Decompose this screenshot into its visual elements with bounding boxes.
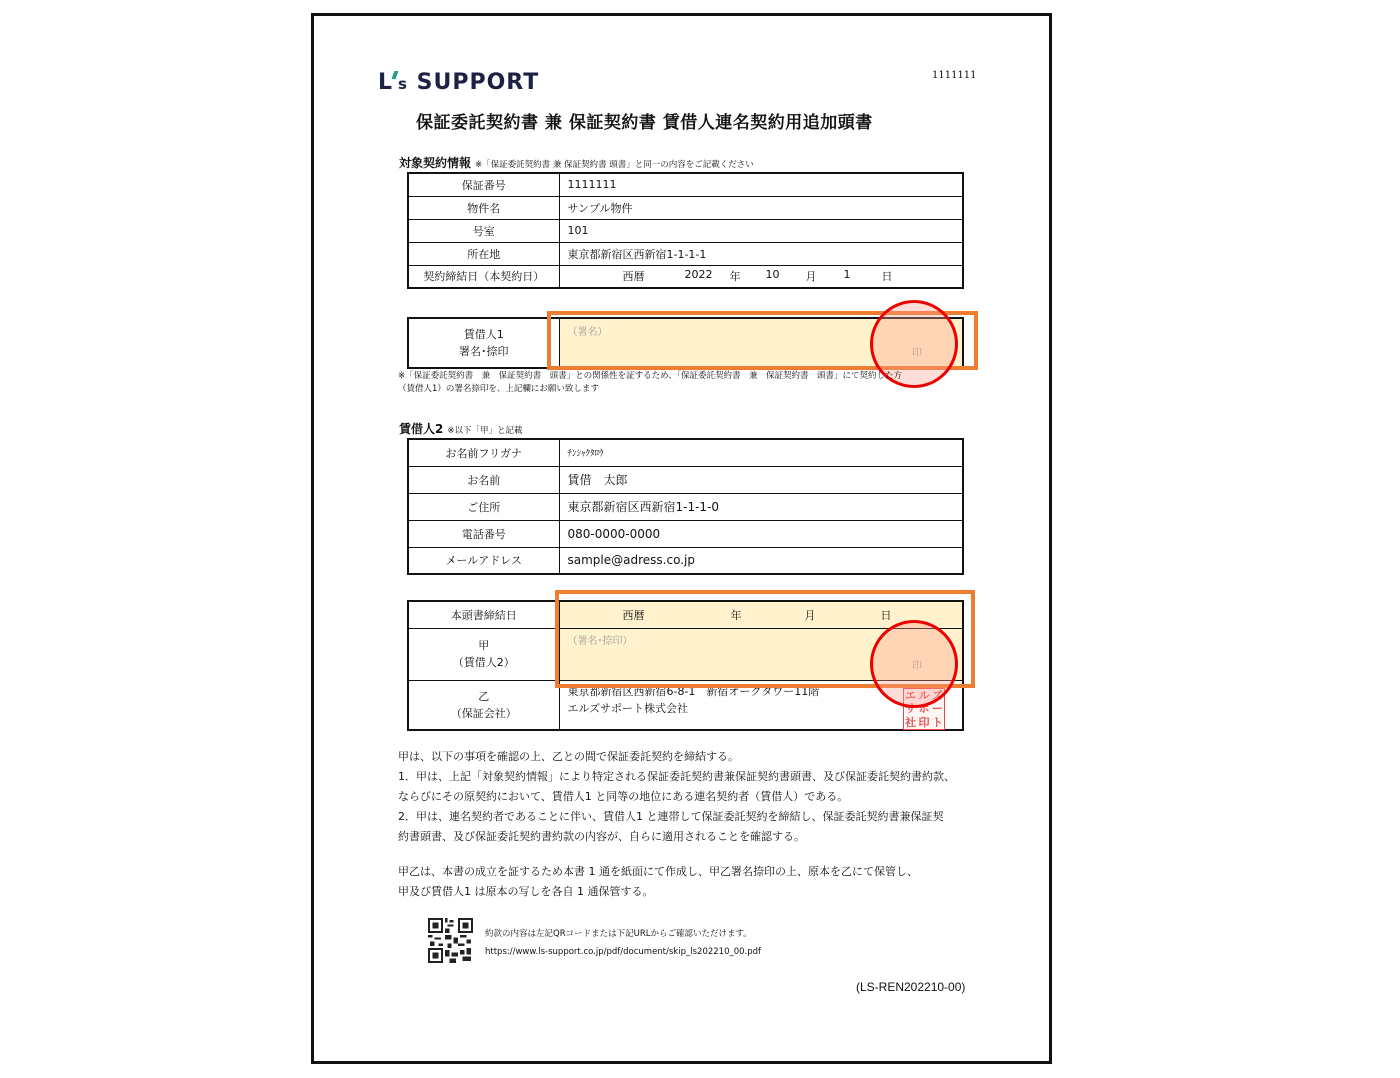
table-row: 契約締結日（本契約日） 西暦 2022 年 10 月 1 日 [408, 265, 963, 288]
name-field[interactable]: 賃借 太郎 [559, 466, 963, 493]
row-label: メールアドレス [408, 547, 559, 574]
label-line: 署名･捺印 [417, 343, 551, 360]
closing-line: 甲及び賃借人1 は原本の写しを各自 1 通保管する。 [398, 882, 918, 902]
year-unit: 年 [730, 268, 766, 284]
address-field[interactable]: 東京都新宿区西新宿1-1-1-1 [559, 242, 963, 265]
logo-letter-s: s [398, 75, 408, 93]
year-value: 2022 [685, 268, 730, 284]
section-title: 対象契約情報 [399, 156, 471, 170]
section-note: ※「保証委託契約書 兼 保証契約書 頭書」と同一の内容をご記載ください [475, 160, 754, 170]
table-row: 電話番号 080-0000-0000 [408, 520, 963, 547]
seal-highlight-circle [870, 620, 958, 708]
tenant2-heading: 賃借人2※以下「甲」と記載 [399, 420, 522, 437]
terms-url-link[interactable]: https://www.ls-support.co.jp/pdf/documen… [485, 943, 761, 961]
clauses: 甲は、以下の事項を確認の上、乙との間で保証委託契約を締結する。 1．甲は、上記「… [398, 747, 955, 847]
stamp-char: ー [931, 702, 944, 715]
address-field[interactable]: 東京都新宿区西新宿1-1-1-0 [559, 493, 963, 520]
closing-text: 甲乙は、本書の成立を証するため本書 1 通を紙面にて作成し、甲乙署名捺印の上、原… [398, 862, 918, 902]
note-line: ※「保証委託契約書 兼 保証契約書 頭書」との関係性を証するため、「保証委託契約… [398, 370, 902, 383]
clause-line: 約書頭書、及び保証委託契約書約款の内容が、自らに適用されることを確認する。 [398, 827, 955, 847]
form-code: (LS-REN202210-00) [856, 980, 965, 994]
party-a-label: 甲 （賃借人2） [408, 628, 559, 680]
table-row: 号室 101 [408, 219, 963, 242]
clause-line: ならびにその原契約において、賃借人1 と同等の地位にある連名契約者（賃借人）であ… [398, 787, 955, 807]
row-label: 号室 [408, 219, 559, 242]
month-value: 10 [766, 268, 806, 284]
clause-line: 1．甲は、上記「対象契約情報」により特定される保証委託契約書兼保証契約書頭書、及… [398, 767, 955, 787]
guarantee-number-field[interactable]: 1111111 [559, 173, 963, 196]
party-b-label: 乙 （保証会社） [408, 680, 559, 730]
document-title: 保証委託契約書 兼 保証契約書 賃借人連名契約用追加頭書 [416, 108, 873, 133]
closing-line: 甲乙は、本書の成立を証するため本書 1 通を紙面にて作成し、甲乙署名捺印の上、原… [398, 862, 918, 882]
row-label: 物件名 [408, 196, 559, 219]
stamp-char: 社 [904, 716, 917, 729]
logo-word: SUPPORT [417, 70, 540, 95]
phone-field[interactable]: 080-0000-0000 [559, 520, 963, 547]
table-row: メールアドレス sample@adress.co.jp [408, 547, 963, 574]
tenant1-label: 賃借人1 署名･捺印 [408, 318, 559, 368]
era-label: 西暦 [623, 268, 685, 284]
label-line: （賃借人2） [417, 654, 551, 671]
target-contract-heading: 対象契約情報※「保証委託契約書 兼 保証契約書 頭書」と同一の内容をご記載くださ… [399, 154, 754, 171]
stamp-char: 印 [917, 716, 930, 729]
logo-letter-l: L [378, 70, 393, 95]
table-row: お名前フリガナ ﾁﾝｼｬｸﾀﾛｳ [408, 439, 963, 466]
row-label: 契約締結日（本契約日） [408, 265, 559, 288]
note-line: （賃借人1）の署名捺印を、上記欄にお願い致します [398, 383, 902, 396]
email-field[interactable]: sample@adress.co.jp [559, 547, 963, 574]
table-row: 物件名 サンプル物件 [408, 196, 963, 219]
tenant2-table: お名前フリガナ ﾁﾝｼｬｸﾀﾛｳ お名前 賃借 太郎 ご住所 東京都新宿区西新宿… [407, 438, 964, 575]
qr-code-icon[interactable] [428, 918, 473, 963]
target-contract-table: 保証番号 1111111 物件名 サンプル物件 号室 101 所在地 東京都新宿… [407, 172, 964, 289]
qr-note: 約款の内容は左記QRコードまたは下記URLからご確認いただけます。 https:… [485, 925, 761, 961]
label-line: 甲 [417, 637, 551, 654]
contract-date-field[interactable]: 西暦 2022 年 10 月 1 日 [559, 265, 963, 288]
row-label: 所在地 [408, 242, 559, 265]
tenant1-note: ※「保証委託契約書 兼 保証契約書 頭書」との関係性を証するため、「保証委託契約… [398, 370, 902, 396]
section-title: 賃借人2 [399, 422, 443, 436]
furigana-field[interactable]: ﾁﾝｼｬｸﾀﾛｳ [559, 439, 963, 466]
row-label: 本頭書締結日 [408, 601, 559, 628]
qr-note-text: 約款の内容は左記QRコードまたは下記URLからご確認いただけます。 [485, 925, 761, 943]
table-row: 保証番号 1111111 [408, 173, 963, 196]
row-label: お名前 [408, 466, 559, 493]
table-row: お名前 賃借 太郎 [408, 466, 963, 493]
ls-support-logo: Ls SUPPORT [378, 70, 539, 95]
row-label: 保証番号 [408, 173, 559, 196]
table-row: 所在地 東京都新宿区西新宿1-1-1-1 [408, 242, 963, 265]
section-note: ※以下「甲」と記載 [447, 426, 522, 436]
row-label: 電話番号 [408, 520, 559, 547]
clause-line: 2．甲は、連名契約者であることに伴い、賃借人1 と連帯して保証委託契約を締結し、… [398, 807, 955, 827]
property-name-field[interactable]: サンプル物件 [559, 196, 963, 219]
label-line: 賃借人1 [417, 326, 551, 343]
clause-line: 甲は、以下の事項を確認の上、乙との間で保証委託契約を締結する。 [398, 747, 955, 767]
row-label: お名前フリガナ [408, 439, 559, 466]
room-number-field[interactable]: 101 [559, 219, 963, 242]
table-row: ご住所 東京都新宿区西新宿1-1-1-0 [408, 493, 963, 520]
day-unit: 日 [882, 268, 893, 284]
day-value: 1 [844, 268, 882, 284]
label-line: 乙 [417, 688, 551, 705]
document-number: 1111111 [932, 70, 977, 81]
stamp-char: ト [931, 716, 944, 729]
label-line: （保証会社） [417, 705, 551, 722]
row-label: ご住所 [408, 493, 559, 520]
month-unit: 月 [806, 268, 844, 284]
